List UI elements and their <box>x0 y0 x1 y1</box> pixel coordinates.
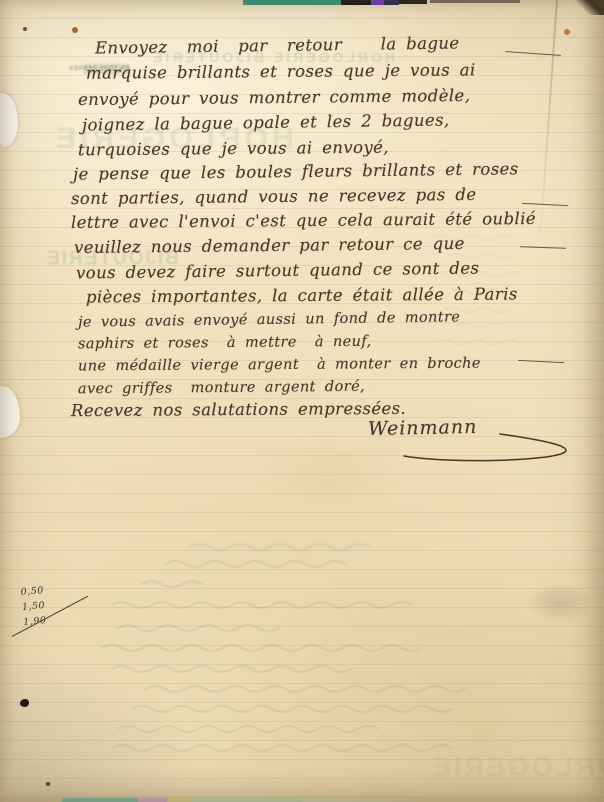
scan-artifact-strip-top <box>384 0 399 5</box>
letter-line: une médaille vierge argent à monter en b… <box>78 356 481 375</box>
scan-artifact-strip-top <box>341 0 371 5</box>
signature-flourish <box>392 424 582 472</box>
letter-line: pièces importantes, la carte était allée… <box>86 284 518 306</box>
letter-line: Recevez nos salutations empressées. <box>71 399 406 420</box>
ink-dot-black <box>20 699 29 707</box>
scan-corner-shadow <box>572 0 604 15</box>
scan-artifact-strip-top <box>399 0 427 4</box>
scan-artifact-strip-bottom <box>167 798 191 802</box>
letter-line: saphirs et roses à mettre à neuf, <box>78 334 372 353</box>
scan-artifact-strip-top <box>430 0 520 3</box>
scan-artifact-strip-top <box>371 0 384 5</box>
ink-dot-orange <box>564 29 570 35</box>
bleedthrough-handwriting-lines <box>102 544 465 751</box>
paper-stain <box>250 430 410 520</box>
letter-line: lettre avec l'envoi c'est que cela aurai… <box>71 209 536 232</box>
scan-artifact-strip-bottom <box>303 798 433 802</box>
ink-dot-brown <box>72 27 78 33</box>
paper-stain <box>525 582 595 624</box>
scan-artifact-strip-bottom <box>138 798 167 802</box>
ink-dot-red <box>23 27 27 31</box>
scanned-letter-page: HORLOGERIE BIJOUTERIE EN TOUS GENRES HOR… <box>0 0 604 802</box>
letter-line: turquoises que je vous ai envoyé, <box>78 138 389 160</box>
scan-artifact-strip-top <box>243 0 341 5</box>
letter-line: marquise brillants et roses que je vous … <box>86 60 476 82</box>
ink-speck <box>46 782 50 786</box>
scan-artifact-strip-bottom <box>62 798 138 802</box>
letter-line: avec griffes monture argent doré, <box>78 379 365 398</box>
scan-artifact-strip-bottom <box>191 798 303 802</box>
